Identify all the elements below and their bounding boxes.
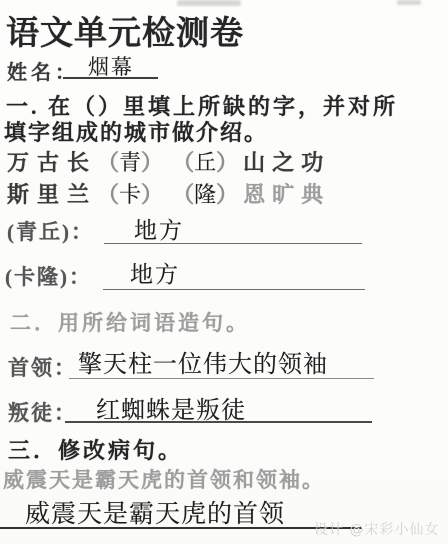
answer-underline [104, 243, 362, 244]
open-paren: （ [97, 182, 119, 207]
fill-row: 万古长（青）（丘）山之功 [0, 146, 330, 177]
city-row-label: (卡隆)： [5, 261, 92, 291]
fill-row-suffix: 山之功 [243, 150, 330, 175]
section3-heading: 三．修改病句。 [8, 434, 183, 465]
photo-artifact-top-right [397, 0, 421, 5]
close-paren: ） [141, 182, 163, 207]
fill-answer-2: 丘 [194, 151, 216, 176]
answer-underline [65, 421, 372, 423]
name-underline [63, 77, 158, 79]
close-paren: ） [216, 150, 238, 175]
section1-heading-line2: 填字组成的城市做介绍。 [4, 116, 268, 147]
answer-underline [69, 378, 374, 379]
fill-row-suffix: 恩旷典 [243, 182, 330, 207]
watermark: 设计 @宋彩小仙女 [314, 519, 439, 539]
close-paren: ） [216, 182, 238, 207]
city-row-answer: 地方 [130, 256, 180, 289]
correction-answer: 威震天是霸天虎的首领 [25, 494, 285, 530]
sentence-row-answer: 擎天柱一位伟大的领袖 [78, 344, 328, 379]
fill-answer-2: 隆 [194, 183, 216, 208]
city-row-label: (青丘)： [7, 216, 94, 246]
close-paren: ） [141, 150, 163, 175]
fill-answer-1: 卡 [119, 183, 141, 208]
name-label: 姓名： [7, 56, 79, 85]
fill-row-prefix: 万古长 [7, 150, 97, 175]
faulty-sentence: 威震天是霸天虎的首领和领袖。 [3, 464, 325, 494]
sentence-row-answer: 红蜘蛛是叛徒 [96, 390, 246, 425]
answer-underline [103, 289, 365, 290]
fill-answer-1: 青 [119, 151, 141, 176]
sentence-row-label: 首领： [8, 352, 77, 382]
open-paren: （ [97, 150, 119, 175]
answer-underline [0, 527, 362, 529]
fill-row-prefix: 斯里兰 [7, 182, 97, 207]
test-paper-photo: 语文单元检测卷 姓名： 烟幕 一. 在（）里填上所缺的字，并对所 填字组成的城市… [0, 0, 448, 544]
photo-artifact-top-left [177, 0, 241, 6]
open-paren: （ [183, 150, 194, 175]
open-paren: （ [183, 182, 194, 207]
city-row-answer: 地方 [134, 212, 184, 245]
page-title: 语文单元检测卷 [6, 7, 244, 54]
fill-row: 斯里兰（卡）（隆）恩旷典 [0, 178, 330, 209]
section2-heading: 二．用所给词语造句。 [10, 307, 250, 337]
